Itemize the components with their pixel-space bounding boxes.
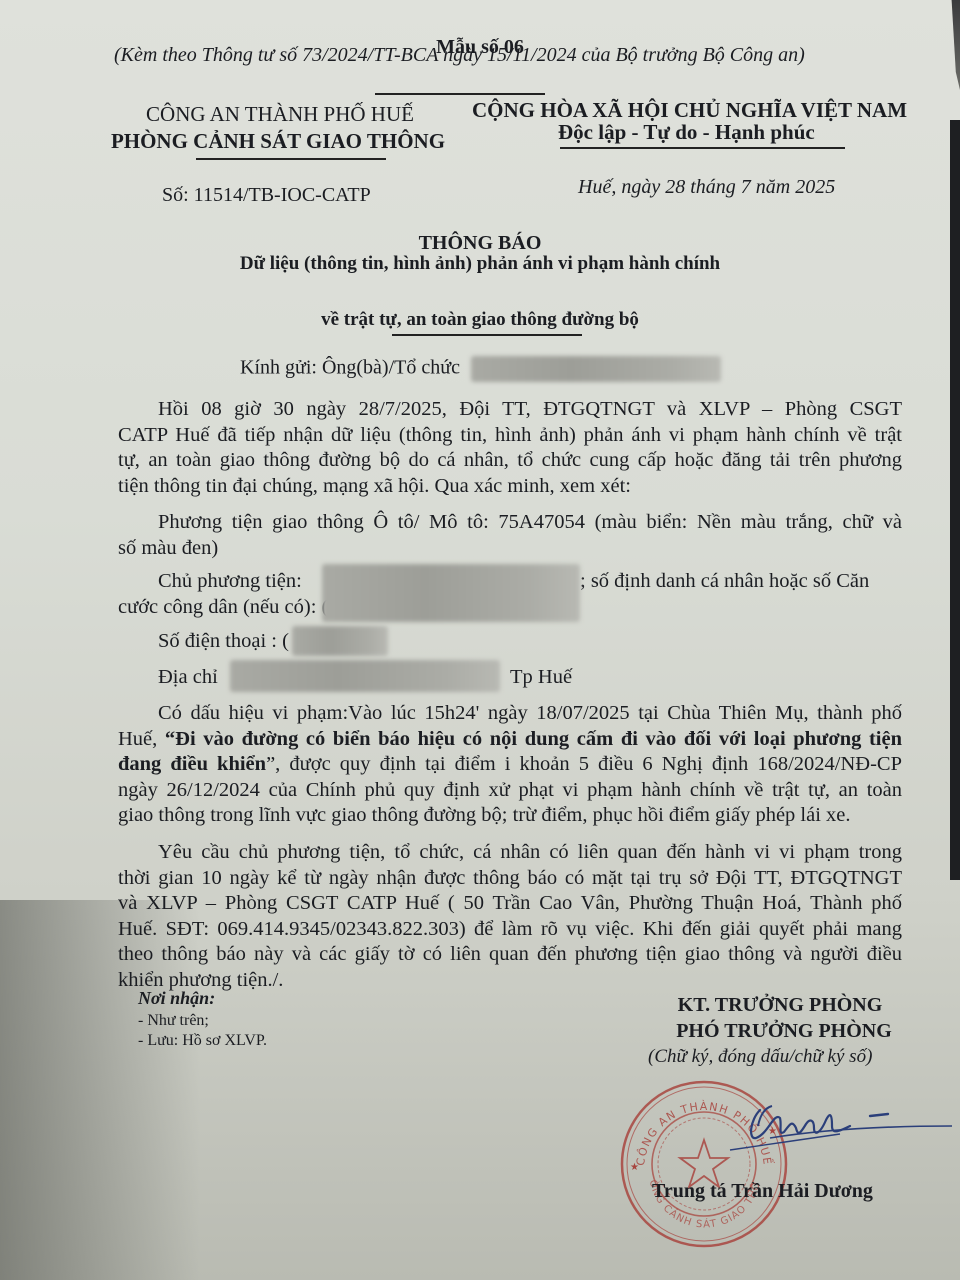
paragraph-line: và XLVP – Phòng CSGT CATP Huế ( 50 Trần … [118,891,902,917]
recipients-title: Nơi nhận: [138,988,215,1009]
paragraph-line: số màu đen) [118,536,902,562]
paragraph-line: Huế. SĐT: 069.414.9345/02343.822.303) để… [118,917,902,943]
paragraph-line: ngày 26/12/2024 của Chính phủ quy định x… [118,778,902,804]
recipient-label: Kính gửi: Ông(bà)/Tổ chức [240,357,460,379]
paragraph-line: khiển phương tiện./. [118,968,902,994]
divider [375,93,545,95]
redacted-address [230,660,500,692]
svg-text:★: ★ [630,1162,639,1173]
divider [560,147,845,149]
divider [392,334,582,336]
citizen-id-label: cước công dân (nếu có): ( [118,596,328,619]
violation-description: “Đi vào đường có biển báo hiệu có nội du… [165,728,902,750]
signature-note: (Chữ ký, đóng dấu/chữ ký số) [648,1046,872,1068]
violation-description: đang điều khiển [118,753,266,775]
document-number: Số: 11514/TB-IOC-CATP [162,184,371,207]
recipient-item: - Như trên; [138,1012,209,1030]
notice-title: THÔNG BÁO [0,232,960,255]
vehicle-paragraph: Phương tiện giao thông Ô tô/ Mô tô: 75A4… [118,510,902,561]
redacted-phone [292,626,388,656]
owner-line: Chủ phương tiện: [158,570,302,593]
paragraph-line: Có dấu hiệu vi phạm:Vào lúc 15h24' ngày … [118,701,902,727]
paragraph-line: giao thông trong lĩnh vực giao thông đườ… [118,803,902,829]
paragraph-line: Huế, “Đi vào đường có biển báo hiệu có n… [118,727,902,753]
paragraph-line: tiện thông tin đại chúng, mạng xã hội. Q… [118,474,902,500]
paragraph-line: đang điều khiển”, được quy định tại điểm… [118,752,902,778]
signer-name: Trung tá Trần Hải Dương [652,1180,873,1203]
motto: Độc lập - Tự do - Hạnh phúc [558,120,815,145]
request-paragraph: Yêu cầu chủ phương tiện, tổ chức, cá nhâ… [118,840,902,993]
paragraph-line: thời gian 10 ngày kể từ ngày nhận được t… [118,866,902,892]
signature-title-2: PHÓ TRƯỞNG PHÒNG [604,1020,960,1043]
phone-label: Số điện thoại : ( [158,630,289,653]
paragraph-line: CATP Huế đã tiếp nhận dữ liệu (thông tin… [118,423,902,449]
intro-paragraph: Hồi 08 giờ 30 ngày 28/7/2025, Đội TT, ĐT… [118,397,902,499]
agency-parent: CÔNG AN THÀNH PHỐ HUẾ [100,102,460,127]
address-label: Địa chỉ [158,666,218,689]
agency-name: PHÒNG CẢNH SÁT GIAO THÔNG [98,129,458,154]
redacted-owner-info [322,564,580,622]
paragraph-line: Yêu cầu chủ phương tiện, tổ chức, cá nhâ… [118,840,902,866]
paragraph-line: Hồi 08 giờ 30 ngày 28/7/2025, Đội TT, ĐT… [118,397,902,423]
text: Huế, [118,728,165,750]
text: ”, được quy định tại điểm i khoản 5 điều… [266,753,902,775]
address-suffix: Tp Huế [510,666,572,689]
paragraph-line: Phương tiện giao thông Ô tô/ Mô tô: 75A4… [118,510,902,536]
form-reference: (Kèm theo Thông tư số 73/2024/TT-BCA ngà… [114,44,805,67]
notice-subtitle-1: Dữ liệu (thông tin, hình ảnh) phản ánh v… [0,253,960,275]
owner-id-label: ; số định danh cá nhân hoặc số Căn [580,570,869,593]
violation-paragraph: Có dấu hiệu vi phạm:Vào lúc 15h24' ngày … [118,701,902,829]
divider [196,158,386,160]
paragraph-line: theo thông báo này và các giấy tờ có liê… [118,942,902,968]
owner-label: Chủ phương tiện: [158,570,302,592]
redacted-recipient [471,356,721,382]
place-date: Huế, ngày 28 tháng 7 năm 2025 [578,176,835,199]
recipient-line: Kính gửi: Ông(bà)/Tổ chức [240,356,721,382]
paragraph-line: tự, an toàn giao thông đường bộ do cá nh… [118,448,902,474]
notice-subtitle-2: về trật tự, an toàn giao thông đường bộ [0,309,960,331]
signature-title-1: KT. TRƯỞNG PHÒNG [600,994,960,1017]
recipient-item: - Lưu: Hồ sơ XLVP. [138,1032,267,1050]
